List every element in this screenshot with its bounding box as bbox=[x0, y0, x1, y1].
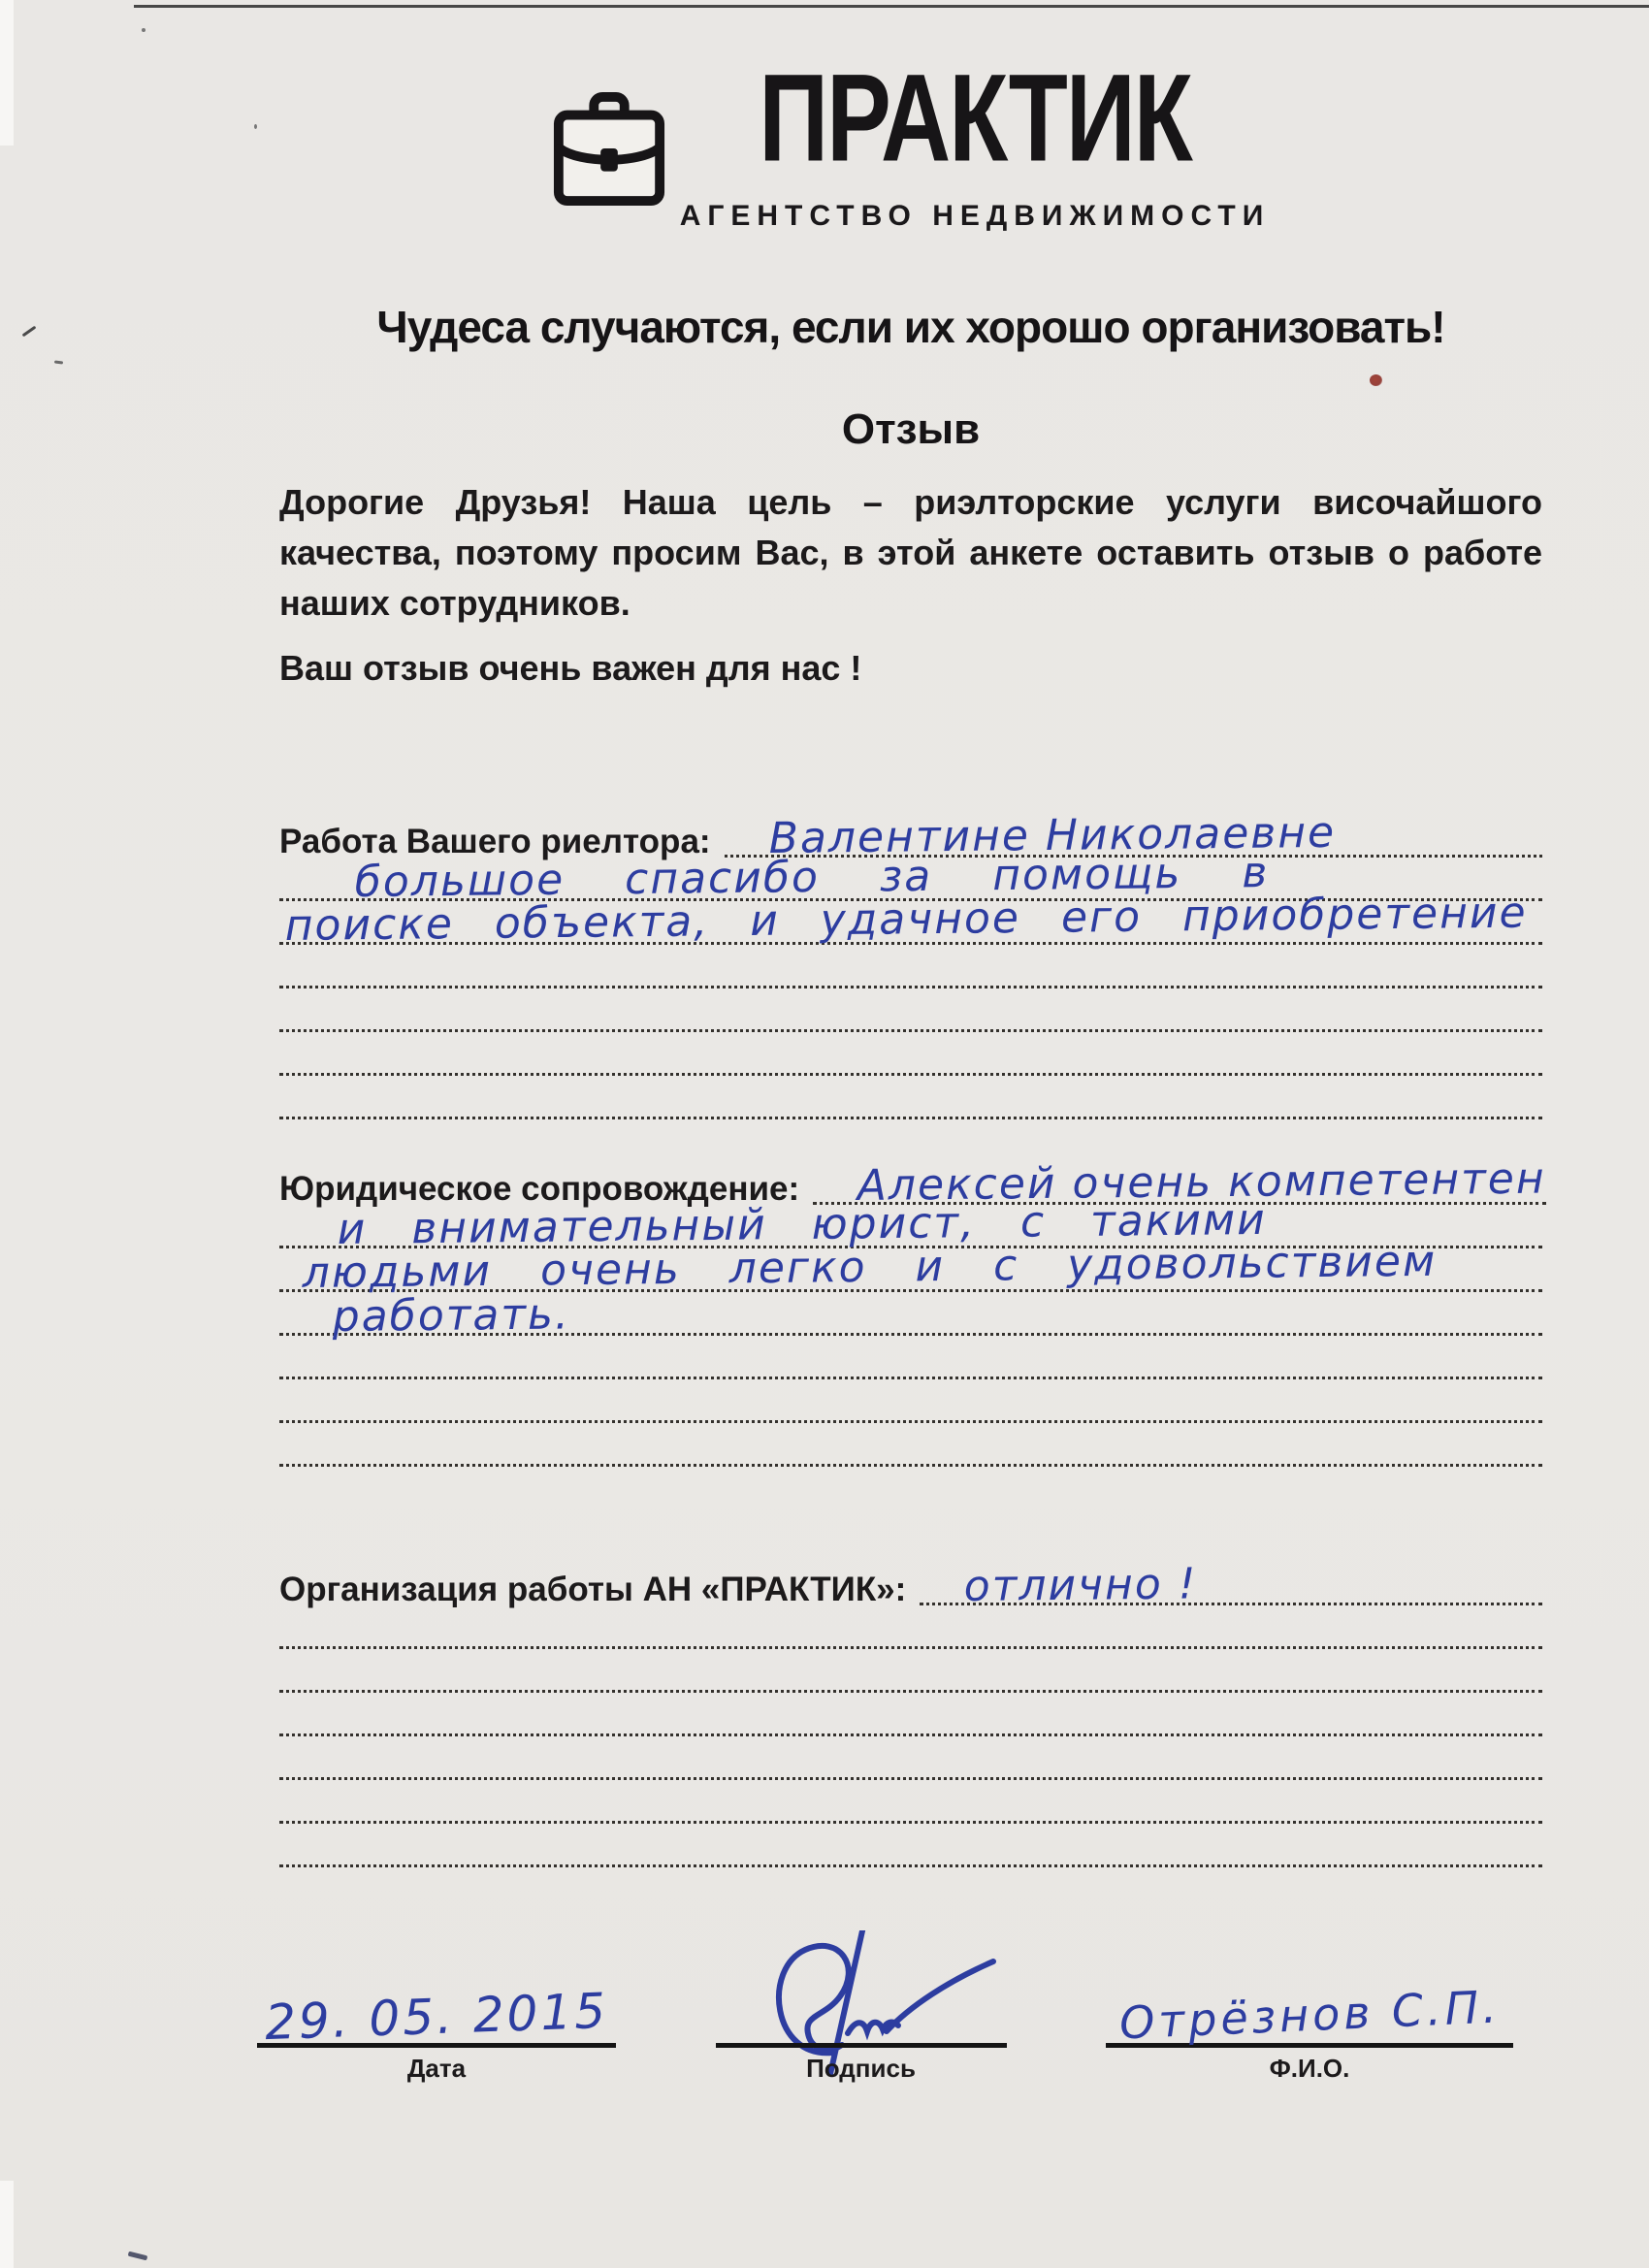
form-line bbox=[279, 1780, 1542, 1824]
handwritten-text: поиске объекта, и удачное его приобретен… bbox=[285, 892, 1528, 948]
brand-name: ПРАКТИК bbox=[759, 56, 1191, 180]
form-line bbox=[279, 1649, 1542, 1693]
logo-text: ПРАКТИК АГЕНТСТВО НЕДВИЖИМОСТИ bbox=[680, 56, 1271, 233]
dotted-line: отлично ! bbox=[920, 1559, 1542, 1605]
name-block: Отрёзнов С.П. Ф.И.О. bbox=[1106, 1993, 1513, 2084]
date-block: 29. 05. 2015 Дата bbox=[257, 1993, 616, 2084]
form-line: поиске объекта, и удачное его приобретен… bbox=[279, 901, 1542, 945]
scan-margin-mark bbox=[22, 326, 37, 338]
form-line bbox=[279, 988, 1542, 1032]
red-ink-dot bbox=[1370, 374, 1382, 386]
scan-speck bbox=[254, 124, 257, 129]
form-line bbox=[279, 1824, 1542, 1867]
section-legal: Юридическое сопровождение: Алексей очень… bbox=[279, 1161, 1542, 1467]
form-title: Отзыв bbox=[279, 405, 1542, 454]
signature-block: Подпись bbox=[716, 1952, 1007, 2084]
intro-paragraph: Дорогие Друзья! Наша цель – риэлторские … bbox=[279, 477, 1542, 629]
handwritten-name: Отрёзнов С.П. bbox=[1118, 1984, 1502, 2045]
handwritten-date: 29. 05. 2015 bbox=[264, 1987, 609, 2047]
scan-edge-line bbox=[134, 5, 1649, 8]
section-organisation: Организация работы АН «ПРАКТИК»: отлично… bbox=[279, 1562, 1542, 1867]
slogan: Чудеса случаются, если их хорошо организ… bbox=[279, 301, 1542, 353]
form-line bbox=[279, 1336, 1542, 1379]
form-line bbox=[279, 1693, 1542, 1736]
briefcase-icon bbox=[552, 89, 666, 212]
importance-note: Ваш отзыв очень важен для нас ! bbox=[279, 648, 1542, 689]
form-line: людьми очень легко и с удовольствием bbox=[279, 1248, 1542, 1292]
handwritten-text: работать. bbox=[333, 1293, 571, 1339]
footer-signature-row: 29. 05. 2015 Дата Подпись Отрёзнов С.П. bbox=[257, 1952, 1513, 2084]
agency-logo: ПРАКТИК АГЕНТСТВО НЕДВИЖИМОСТИ bbox=[279, 56, 1542, 233]
scan-corner-wedge-bottom bbox=[0, 2181, 14, 2268]
signature-line bbox=[716, 2043, 1007, 2048]
signature-label: Подпись bbox=[806, 2054, 916, 2084]
form-line: работать. bbox=[279, 1292, 1542, 1336]
form-line bbox=[279, 1605, 1542, 1649]
handwritten-text: людьми очень легко и с удовольствием bbox=[303, 1241, 1438, 1295]
form-line bbox=[279, 1032, 1542, 1076]
scan-speck bbox=[142, 28, 145, 32]
date-label: Дата bbox=[407, 2054, 466, 2084]
brand-subtitle: АГЕНТСТВО НЕДВИЖИМОСТИ bbox=[680, 200, 1271, 233]
scan-bottom-mark bbox=[128, 2252, 148, 2261]
form-line bbox=[279, 945, 1542, 988]
scanned-feedback-form: ПРАКТИК АГЕНТСТВО НЕДВИЖИМОСТИ Чудеса сл… bbox=[0, 0, 1649, 2268]
form-line bbox=[279, 1076, 1542, 1119]
scan-corner-wedge-top bbox=[0, 0, 14, 146]
form-line bbox=[279, 1423, 1542, 1467]
scan-margin-mark bbox=[54, 360, 63, 364]
form-line: Организация работы АН «ПРАКТИК»: отлично… bbox=[279, 1562, 1542, 1605]
form-line bbox=[279, 1379, 1542, 1423]
section-realtor: Работа Вашего риелтора: Валентине Никола… bbox=[279, 814, 1542, 1119]
form-line bbox=[279, 1736, 1542, 1780]
name-label: Ф.И.О. bbox=[1270, 2054, 1350, 2084]
